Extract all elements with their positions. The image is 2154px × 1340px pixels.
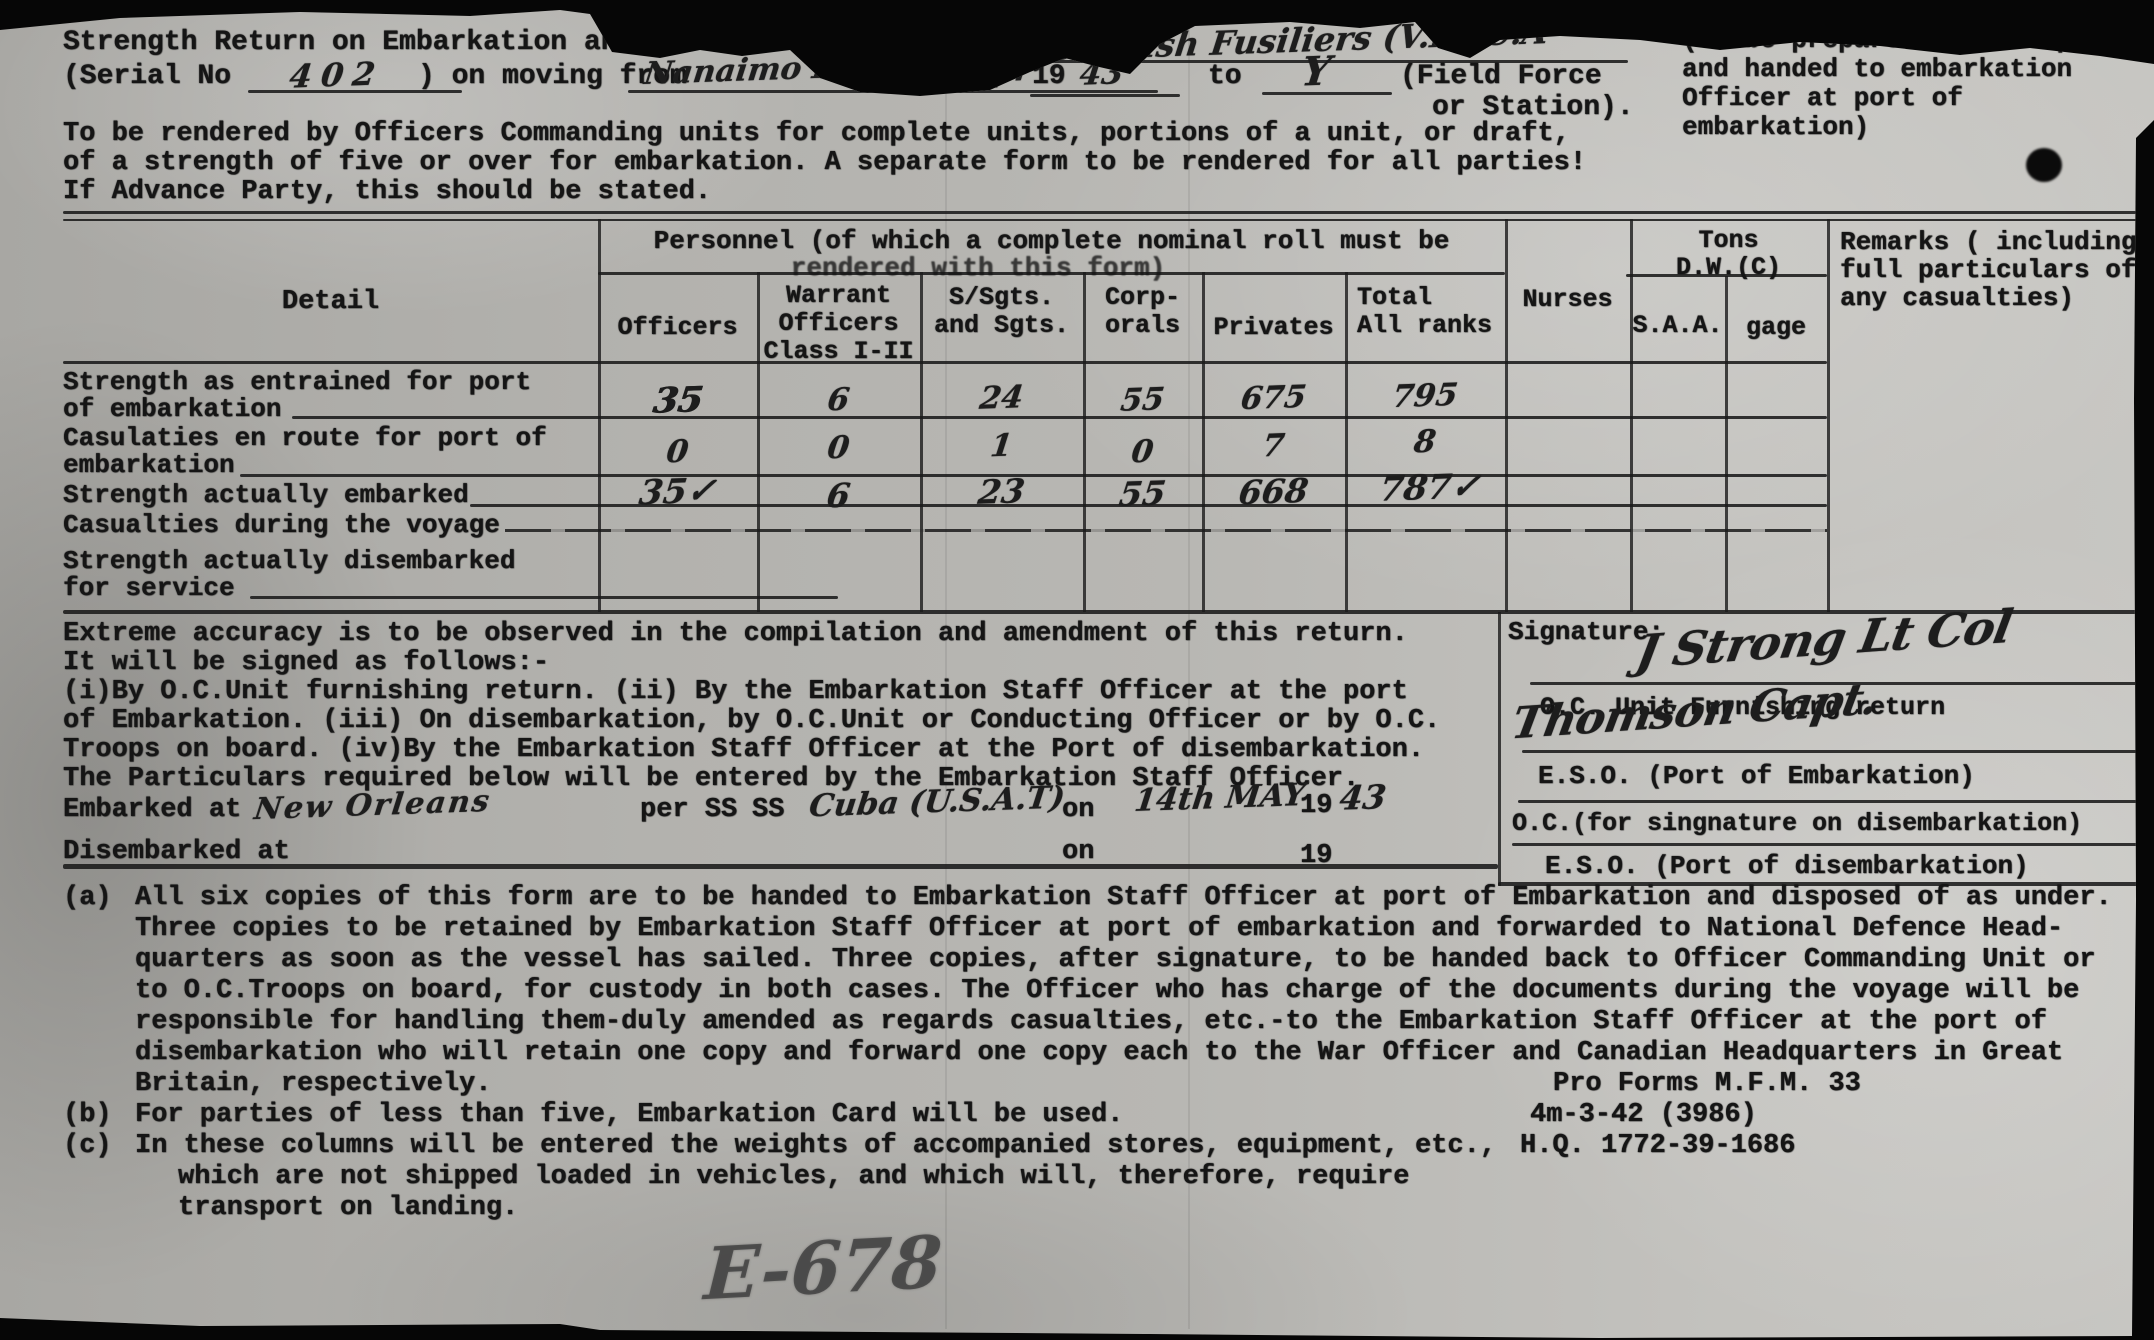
row-label: for service bbox=[63, 574, 235, 603]
value-ssgts-casualties-route: 1 bbox=[917, 425, 1085, 467]
form-code-reference: 4m-3-42 (3986) bbox=[1530, 1101, 1757, 1131]
detail-column-header: Detail bbox=[63, 288, 598, 318]
move-date-handwritten: 29 Apr bbox=[912, 52, 1033, 92]
proforma-reference: Pro Forms M.F.M. 33 bbox=[1553, 1070, 1861, 1100]
note-c-line: which are not shipped loaded in vehicles… bbox=[178, 1163, 1409, 1193]
value-privates-casualties-route: 7 bbox=[1199, 426, 1347, 467]
on-label: on bbox=[862, 62, 896, 93]
value-privates-embarked: 668 bbox=[1199, 470, 1348, 514]
remarks-column-header-3: any casualties) bbox=[1840, 284, 2074, 313]
nurses-column-header: Nurses bbox=[1505, 286, 1630, 314]
warrant-column-header-3: Class I-II bbox=[757, 338, 920, 366]
note-a-line: All six copies of this form are to be ha… bbox=[135, 884, 2112, 914]
embarked-place-handwritten: New Orleans bbox=[252, 784, 493, 827]
note-c-marker: (c) bbox=[63, 1132, 112, 1162]
note-a-line: responsible for handling them-duly amend… bbox=[135, 1008, 2047, 1038]
accuracy-line: It will be signed as follows:- bbox=[63, 649, 549, 679]
total-column-header-2: All ranks bbox=[1357, 312, 1492, 340]
value-total-embarked: 787✓ bbox=[1342, 465, 1518, 511]
value-total-casualties-route: 8 bbox=[1342, 421, 1507, 463]
note-a-marker: (a) bbox=[63, 884, 112, 914]
value-officers-casualties-route: 0 bbox=[595, 431, 759, 473]
embarked-at-label: Embarked at bbox=[63, 796, 241, 826]
tons-group-header: Tons bbox=[1630, 227, 1827, 255]
destination-underline bbox=[1262, 92, 1392, 95]
personnel-group-header: Personnel (of which a complete nominal r… bbox=[598, 227, 1505, 256]
value-corporals-embarked: 55 bbox=[1080, 472, 1204, 515]
value-ssgts-entrained: 24 bbox=[917, 377, 1085, 419]
total-column-header: Total bbox=[1357, 284, 1432, 312]
signature-line-2 bbox=[1522, 750, 2142, 753]
instruction-line: of a strength of five or over for embark… bbox=[63, 149, 1586, 179]
personnel-group-header-2: rendered with this form) bbox=[598, 254, 1358, 283]
note-a-line: quarters as soon as the vessel has saile… bbox=[135, 946, 2096, 976]
signature-box-left-border bbox=[1498, 612, 1501, 886]
corporals-column-header: Corp- bbox=[1083, 284, 1202, 312]
row-label: Strength as entrained for port bbox=[63, 368, 531, 397]
privates-column-header: Privates bbox=[1202, 314, 1345, 342]
ship-name-handwritten: Cuba (U.S.A.T) bbox=[807, 780, 1067, 825]
embark-on-label: on bbox=[1062, 796, 1094, 826]
year-prefix: 19 bbox=[1032, 62, 1066, 93]
row-label: Casulaties en route for port of bbox=[63, 424, 547, 453]
row1-rule bbox=[292, 416, 1827, 419]
value-total-entrained: 795 bbox=[1342, 375, 1507, 417]
row-label: of embarkation bbox=[63, 395, 281, 424]
field-force-label: (Field Force bbox=[1400, 62, 1602, 93]
embark-year-handwritten: 43 bbox=[1337, 777, 1388, 818]
accuracy-line: Extreme accuracy is to be observed in th… bbox=[63, 620, 1408, 650]
year-handwritten: 43 bbox=[1078, 55, 1126, 92]
scanned-document-page: Strength Return on Embarkation and Disem… bbox=[0, 0, 2154, 1340]
per-ss-label: per SS bbox=[640, 796, 737, 826]
eso-embarkation-label: E.S.O. (Port of Embarkation) bbox=[1538, 762, 1975, 791]
row-label: Strength actually disembarked bbox=[63, 547, 515, 576]
row4-rule-dashed bbox=[505, 529, 1827, 532]
value-officers-entrained: 35 bbox=[595, 377, 760, 424]
tons-group-header-2: D.W.(C) bbox=[1630, 254, 1827, 282]
officers-column-header: Officers bbox=[598, 314, 757, 342]
note-a-line: disembarkation who will retain one copy … bbox=[135, 1039, 2063, 1069]
ss-label: SS bbox=[752, 796, 784, 826]
saa-column-header: S.A.A. bbox=[1630, 312, 1725, 340]
accuracy-line: Troops on board. (iv)By the Embarkation … bbox=[63, 736, 1424, 766]
from-place-handwritten: Nanaimo B.C bbox=[642, 48, 876, 92]
destination-handwritten: Y bbox=[1299, 48, 1334, 96]
prepare-note-line: embarkation) bbox=[1682, 113, 1869, 142]
accuracy-line: of Embarkation. (iii) On disembarkation,… bbox=[63, 707, 1440, 737]
value-corporals-casualties-route: 0 bbox=[1080, 432, 1204, 472]
instruction-line: If Advance Party, this should be stated. bbox=[63, 178, 711, 208]
embark-date-handwritten: 14th MAY bbox=[1132, 777, 1307, 819]
form-title: Strength Return on Embarkation and Disem… bbox=[63, 28, 937, 59]
row-label: Casualties during the voyage bbox=[63, 511, 500, 540]
to-label: to bbox=[1208, 62, 1242, 93]
value-warrant-entrained: 6 bbox=[754, 379, 922, 421]
note-b-marker: (b) bbox=[63, 1101, 112, 1131]
prepare-note-line: and handed to embarkation bbox=[1682, 55, 2072, 84]
value-privates-entrained: 675 bbox=[1199, 378, 1347, 419]
note-a-line: Britain, respectively. bbox=[135, 1070, 491, 1100]
warrant-column-header-2: Officers bbox=[757, 310, 920, 338]
signature-line-3 bbox=[1518, 800, 2142, 803]
remarks-column-header: Remarks ( including bbox=[1840, 228, 2136, 257]
row-label: Strength actually embarked bbox=[63, 481, 469, 510]
notes-top-rule bbox=[63, 864, 1498, 869]
serial-label: (Serial No bbox=[63, 62, 231, 93]
signature-line-4 bbox=[1512, 843, 2144, 846]
table-top-rule bbox=[63, 211, 2136, 214]
eso-disembarkation-label: E.S.O. (Port of disembarkation) bbox=[1545, 852, 2029, 881]
note-c-line: transport on landing. bbox=[178, 1194, 518, 1224]
corporals-column-header-2: orals bbox=[1083, 312, 1202, 340]
hq-reference: H.Q. 1772-39-1686 bbox=[1520, 1132, 1795, 1162]
prepare-note-line: Officer at port of bbox=[1682, 84, 1963, 113]
gage-column-header: gage bbox=[1725, 314, 1827, 342]
accuracy-line: (i)By O.C.Unit furnishing return. (ii) B… bbox=[63, 678, 1408, 708]
paper-sheet: Strength Return on Embarkation and Disem… bbox=[0, 0, 2154, 1340]
header-bottom-rule bbox=[63, 361, 1827, 364]
embark-year-prefix: 19 bbox=[1300, 792, 1332, 822]
row-label: embarkation bbox=[63, 451, 235, 480]
note-a-line: to O.C.Troops on board, for custody in b… bbox=[135, 977, 2079, 1007]
value-corporals-entrained: 55 bbox=[1080, 380, 1204, 420]
remarks-column-header-2: full particulars of bbox=[1840, 256, 2136, 285]
warrant-column-header: Warrant bbox=[757, 282, 920, 310]
ink-blot bbox=[2026, 148, 2062, 182]
value-warrant-embarked: 6 bbox=[754, 473, 923, 518]
instruction-line: To be rendered by Officers Commanding un… bbox=[63, 120, 1570, 150]
note-a-line: Three copies to be retained by Embarkati… bbox=[135, 915, 2063, 945]
value-warrant-casualties-route: 0 bbox=[754, 427, 922, 469]
grid-line-total-nurses bbox=[1505, 219, 1508, 612]
value-ssgts-embarked: 23 bbox=[917, 469, 1086, 514]
table-top-rule-2 bbox=[63, 219, 2136, 221]
pencil-code-annotation: E-678 bbox=[702, 1219, 944, 1316]
note-b-text: For parties of less than five, Embarkati… bbox=[135, 1101, 1123, 1131]
row5-underscore bbox=[250, 596, 838, 599]
grid-line-table-right bbox=[1827, 219, 1830, 612]
year-underline bbox=[1030, 94, 1180, 97]
value-officers-embarked: 35✓ bbox=[595, 469, 760, 515]
prepare-note-line: (To be prepared in sextuple bbox=[1682, 26, 2103, 55]
oc-disembarkation-label: O.C.(for singnature on disembarkation) bbox=[1512, 810, 2082, 838]
ssgts-column-header-2: and Sgts. bbox=[920, 312, 1083, 340]
ssgts-column-header: S/Sgts. bbox=[920, 284, 1083, 312]
note-c-line: In these columns will be entered the wei… bbox=[135, 1132, 1496, 1162]
